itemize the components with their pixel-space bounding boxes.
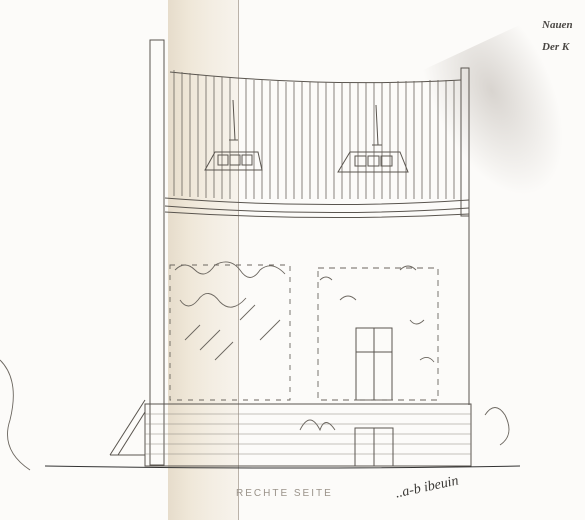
elevation-drawing (0, 0, 585, 520)
document-header: Nauen Der K (542, 14, 573, 58)
right-pilaster (461, 68, 469, 216)
header-line-1: Nauen (542, 14, 573, 36)
left-pilaster (150, 40, 164, 465)
drawing-canvas: Nauen Der K RECHTE SEITE ..a-b ibeuin (0, 0, 585, 520)
dormer-right (338, 152, 408, 172)
header-line-2: Der K (542, 36, 573, 58)
drawing-caption: RECHTE SEITE (236, 488, 333, 499)
